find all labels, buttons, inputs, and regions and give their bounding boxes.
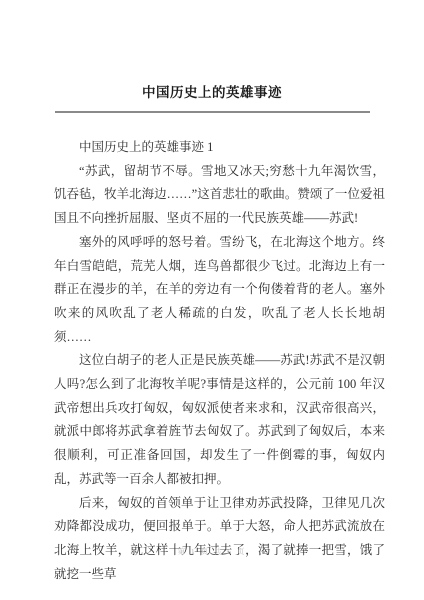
document-body: 中国历史上的英雄事迹 1 “苏武，留胡节不辱。雪地又冰天;穷愁十九年渴饮雪，饥吞… — [0, 136, 424, 586]
page-number-footer: 第 1 页 共 6 页 — [0, 546, 424, 557]
heading-line: 中国历史上的英雄事迹 1 — [54, 136, 385, 160]
title-divider — [55, 111, 370, 113]
paragraph-song-quote: “苏武，留胡节不辱。雪地又冰天;穷愁十九年渴饮雪，饥吞毡，牧羊北海边……”这首悲… — [54, 160, 385, 231]
paragraph-suwu-mission: 这位白胡子的老人正是民族英雄——苏武!苏武不是汉朝人吗?怎么到了北海牧羊呢?事情… — [54, 349, 385, 491]
document-page: 中国历史上的英雄事迹 中国历史上的英雄事迹 1 “苏武，留胡节不辱。雪地又冰天;… — [0, 0, 424, 600]
paragraph-northsea-scene: 塞外的风呼呼的怒号着。雪纷飞，在北海这个地方。终年白雪皑皑，荒芜人烟，连鸟兽都很… — [54, 231, 385, 350]
paragraph-exile: 后来，匈奴的首领单于让卫律劝苏武投降，卫律见几次劝降都没成功，便回报单于。单于大… — [54, 492, 385, 587]
page-title: 中国历史上的英雄事迹 — [0, 86, 424, 100]
